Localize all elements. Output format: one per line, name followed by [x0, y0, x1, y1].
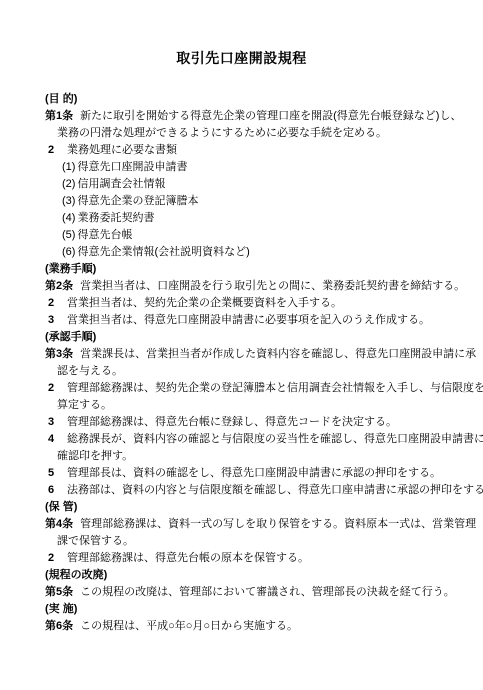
line-label: 第4条: [45, 518, 73, 530]
document-line: 第4条管理部総務課は、資料一式の写しを取り保管をする。資料原本一式は、営業管理課…: [45, 516, 471, 550]
line-label: 2: [48, 295, 60, 312]
section-heading: (規程の改廃): [45, 567, 471, 584]
line-label: (3): [62, 195, 75, 207]
line-label: (6): [62, 246, 75, 258]
line-label: (2): [62, 178, 75, 190]
document-line: (5)得意先台帳: [45, 227, 471, 244]
line-label: 3: [48, 414, 60, 431]
line-label: (1): [62, 161, 75, 173]
line-label: 第2条: [45, 280, 73, 292]
document-line: 3管理部総務課は、得意先台帳に登録し、得意先コードを決定する。: [45, 414, 471, 431]
document-line: 5管理部長は、資料の確認をし、得意先口座開設申請書に承認の押印をする。: [45, 465, 471, 482]
line-label: 6: [48, 482, 60, 499]
line-label: (4): [62, 212, 75, 224]
line-label: 2: [48, 142, 60, 159]
document-line: (4)業務委託契約書: [45, 210, 471, 227]
document-line: (6)得意先企業情報(会社説明資料など): [45, 244, 471, 261]
document-line: 4総務課長が、資料内容の確認と与信限度の妥当性を確認し、得意先口座開設申請書に確…: [45, 431, 471, 465]
line-label: 第3条: [45, 348, 73, 360]
document-line: 6法務部は、資料の内容と与信限度額を確認し、得意先口座申請書に承認の押印をする。: [45, 482, 471, 499]
document-body: (目 的)第1条新たに取引を開始する得意先企業の管理口座を開設(得意先台帳登録な…: [0, 91, 483, 635]
line-label: 5: [48, 465, 60, 482]
line-label: 第1条: [45, 110, 73, 122]
document-page: 取引先口座開設規程 (目 的)第1条新たに取引を開始する得意先企業の管理口座を開…: [0, 0, 483, 690]
document-line: 2業務処理に必要な書類: [45, 142, 471, 159]
document-title: 取引先口座開設規程: [0, 0, 483, 67]
line-label: 第5条: [45, 586, 73, 598]
line-label: 3: [48, 312, 60, 329]
document-line: 第2条営業担当者は、口座開設を行う取引先との間に、業務委託契約書を締結する。: [45, 278, 471, 295]
section-heading: (目 的): [45, 91, 471, 108]
document-line: 第1条新たに取引を開始する得意先企業の管理口座を開設(得意先台帳登録など)し、業…: [45, 108, 471, 142]
section-heading: (承認手順): [45, 329, 471, 346]
document-line: 2管理部総務課は、契約先企業の登記簿謄本と信用調査会社情報を入手し、与信限度を算…: [45, 380, 471, 414]
document-line: (3)得意先企業の登記簿謄本: [45, 193, 471, 210]
line-label: 第6条: [45, 620, 73, 632]
document-line: 第6条この規程は、平成○年○月○日から実施する。: [45, 618, 471, 635]
document-line: 第5条この規程の改廃は、管理部において審議され、管理部長の決裁を経て行う。: [45, 584, 471, 601]
line-label: (5): [62, 229, 75, 241]
section-heading: (実 施): [45, 601, 471, 618]
document-line: 3営業担当者は、得意先口座開設申請書に必要事項を記入のうえ作成する。: [45, 312, 471, 329]
line-label: 2: [48, 550, 60, 567]
document-line: (2)信用調査会社情報: [45, 176, 471, 193]
document-line: 2管理部総務課は、得意先台帳の原本を保管する。: [45, 550, 471, 567]
line-label: 2: [48, 380, 60, 397]
section-heading: (保 管): [45, 499, 471, 516]
document-line: 第3条営業課長は、営業担当者が作成した資料内容を確認し、得意先口座開設申請に承認…: [45, 346, 471, 380]
line-label: 4: [48, 431, 60, 448]
document-line: (1)得意先口座開設申請書: [45, 159, 471, 176]
document-line: 2営業担当者は、契約先企業の企業概要資料を入手する。: [45, 295, 471, 312]
section-heading: (業務手順): [45, 261, 471, 278]
